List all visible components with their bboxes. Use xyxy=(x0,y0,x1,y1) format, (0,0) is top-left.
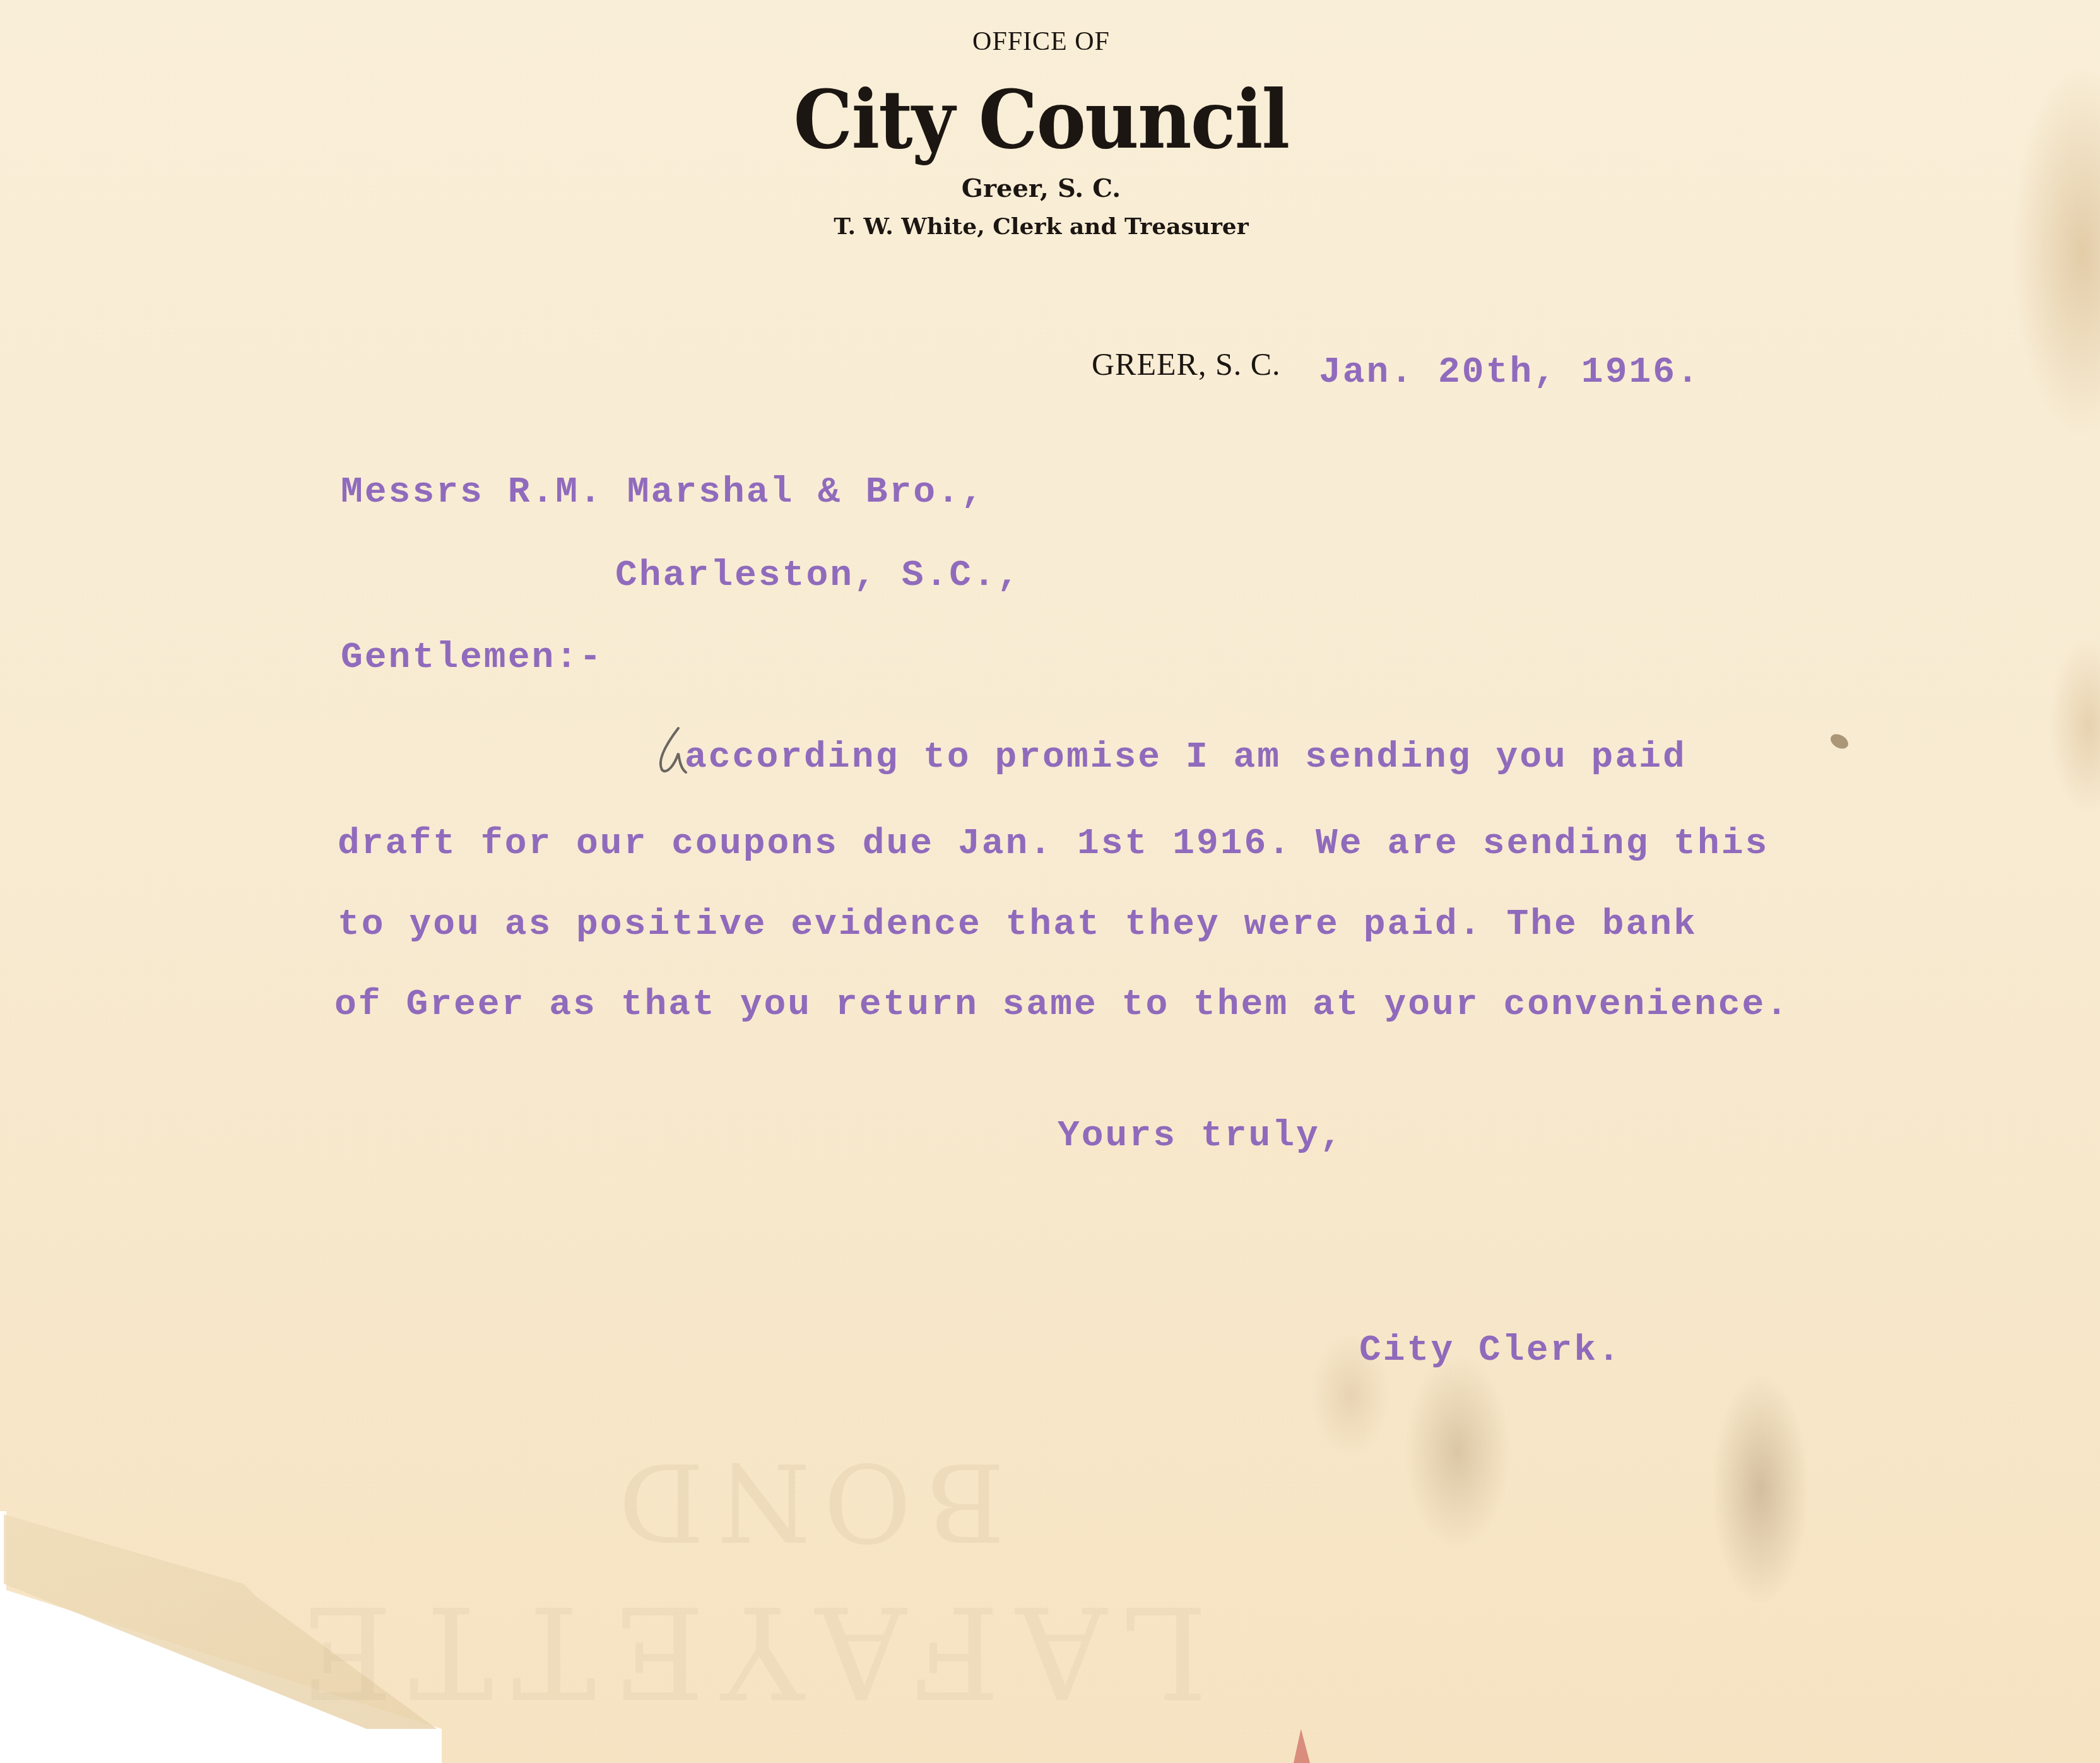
inside-address-addressee: Messrs R.M. Marshal & Bro., xyxy=(341,472,985,513)
inside-address-city: Charleston, S.C., xyxy=(615,555,1021,596)
dateline-place: GREER, S. C. xyxy=(1092,346,1281,382)
paper-watermark-line1: BOND xyxy=(606,1439,1005,1564)
letterhead-location: Greer, S. C. xyxy=(789,174,1294,203)
letterhead-title: City Council xyxy=(780,73,1302,167)
body-line: according to promise I am sending you pa… xyxy=(685,737,1687,778)
salutation: Gentlemen:- xyxy=(341,637,603,678)
closing: Yours truly, xyxy=(1058,1116,1344,1157)
paper-watermark-line2: LAFAYETTE xyxy=(284,1577,1208,1725)
body-line: draft for our coupons due Jan. 1st 1916.… xyxy=(338,823,1769,864)
signature: City Clerk. xyxy=(1359,1330,1622,1371)
body-line: of Greer as that you return same to them… xyxy=(334,984,1790,1025)
letter-paper xyxy=(0,0,2100,1763)
dateline-date: Jan. 20th, 1916. xyxy=(1319,352,1701,393)
body-line: to you as positive evidence that they we… xyxy=(338,904,1697,945)
letterhead-office-of: OFFICE OF xyxy=(789,27,1294,57)
letterhead-clerk: T. W. White, Clerk and Treasurer xyxy=(726,213,1357,240)
